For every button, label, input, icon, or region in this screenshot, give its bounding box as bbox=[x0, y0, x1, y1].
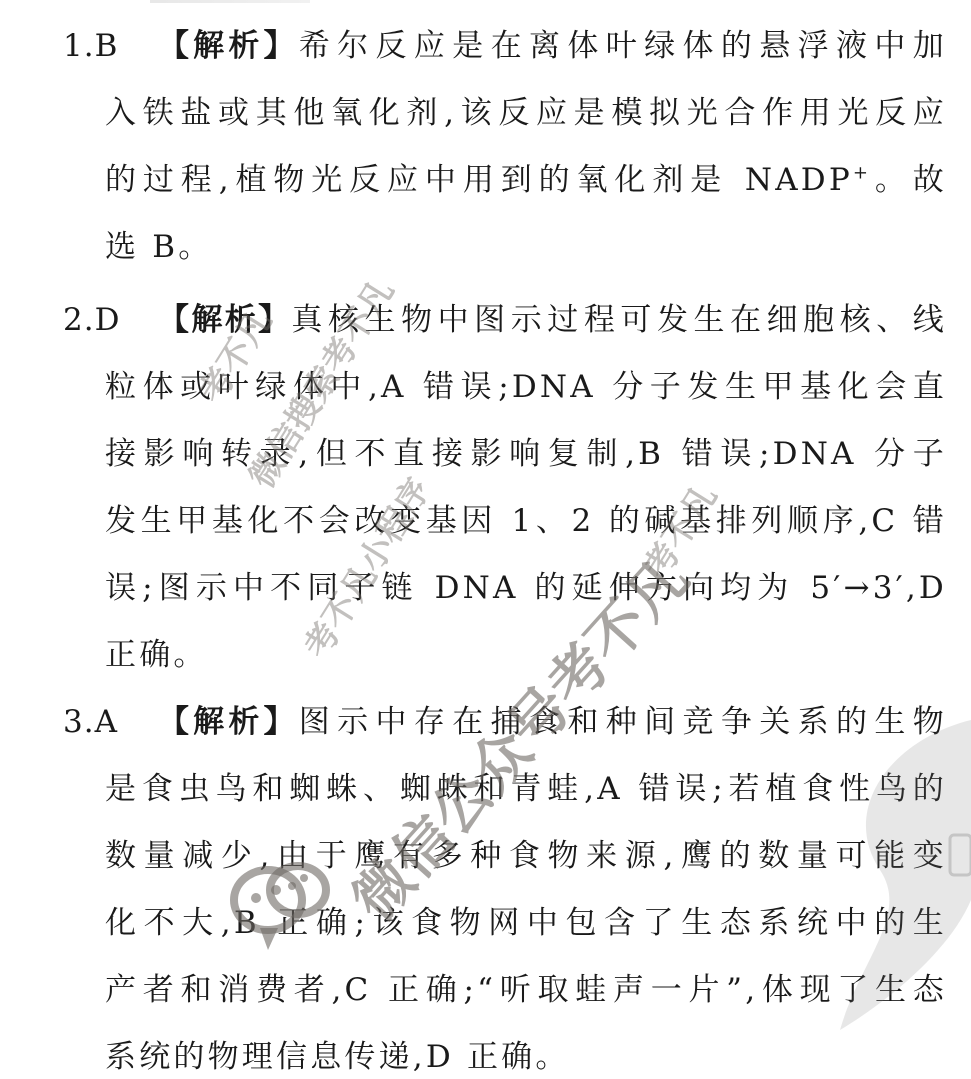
answer-2-line-6: 正确。 bbox=[105, 633, 947, 677]
answer-2-line-2: 粒体或叶绿体中,A 错误;DNA 分子发生甲基化会直 bbox=[105, 365, 947, 409]
answer-2-line-5: 误;图示中不同子链 DNA 的延伸方向均为 5′→3′,D bbox=[105, 566, 947, 610]
answer-1-line-3: 的过程,植物光反应中用到的氧化剂是 NADP+。故 bbox=[105, 158, 947, 202]
answer-2-number: 2.D bbox=[63, 298, 120, 342]
answer-3-number: 3.A bbox=[63, 700, 118, 744]
answer-1-number: 1.B bbox=[63, 24, 118, 68]
answer-3-line-3: 数量减少,由于鹰有多种食物来源,鹰的数量可能变 bbox=[105, 834, 947, 878]
top-cropped-line bbox=[150, 0, 310, 3]
answer-1-line-2: 入铁盐或其他氧化剂,该反应是模拟光合作用光反应 bbox=[105, 91, 947, 135]
answer-3-line-1: 【解析】图示中存在捕食和种间竞争关系的生物 bbox=[158, 700, 947, 744]
answer-1-line-4: 选 B。 bbox=[105, 225, 947, 269]
answer-3-line-5: 产者和消费者,C 正确;“听取蛙声一片”,体现了生态 bbox=[105, 968, 947, 1012]
answer-2-line-4: 发生甲基化不会改变基因 1、2 的碱基排列顺序,C 错 bbox=[105, 499, 947, 543]
answer-3-line-2: 是食虫鸟和蜘蛛、蜘蛛和青蛙,A 错误;若植食性鸟的 bbox=[105, 767, 947, 811]
answer-2-line-3: 接影响转录,但不直接影响复制,B 错误;DNA 分子 bbox=[105, 432, 947, 476]
analysis-tag: 【解析】 bbox=[158, 302, 291, 338]
analysis-tag: 【解析】 bbox=[158, 704, 299, 740]
answer-1-line-1: 【解析】希尔反应是在离体叶绿体的悬浮液中加 bbox=[158, 24, 947, 68]
answer-2-line-1: 【解析】真核生物中图示过程可发生在细胞核、线 bbox=[158, 298, 947, 342]
answer-3-line-4: 化不大,B 正确;该食物网中包含了生态系统中的生 bbox=[105, 901, 947, 945]
analysis-tag: 【解析】 bbox=[158, 28, 299, 64]
answer-3-line-6: 系统的物理信息传递,D 正确。 bbox=[105, 1035, 947, 1079]
answer-key-page: 1.B 【解析】希尔反应是在离体叶绿体的悬浮液中加 入铁盐或其他氧化剂,该反应是… bbox=[0, 0, 971, 1079]
